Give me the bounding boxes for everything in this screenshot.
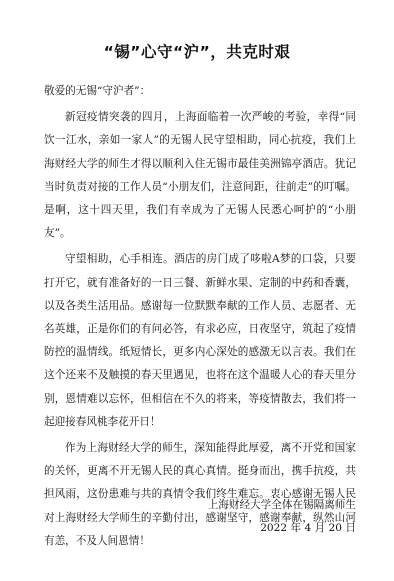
letter-body: 敬爱的无锡“守沪者”： 新冠疫情突袭的四月，上海面临着一次严峻的考验，幸得“同饮…: [44, 80, 356, 556]
paragraph-3: 作为上海财经大学的师生，深知能得此厚爱，离不开党和国家的关怀，更离不开无锡人民的…: [44, 437, 356, 553]
signature: 上海财经大学全体在锡隔离师生: [208, 497, 356, 512]
paragraph-2: 守望相助，心手相连。酒店的房门成了哆啦A梦的口袋，只要打开它，就有准备好的一日三…: [44, 248, 356, 434]
paragraph-1: 新冠疫情突袭的四月，上海面临着一次严峻的考验，幸得“同饮一江水，亲如一家人”的无…: [44, 106, 356, 245]
date: 2022 年 4 月 20 日: [260, 520, 356, 535]
document-title: “锡”心守“沪”，共克时艰: [0, 40, 394, 62]
greeting: 敬爱的无锡“守沪者”：: [44, 80, 356, 103]
